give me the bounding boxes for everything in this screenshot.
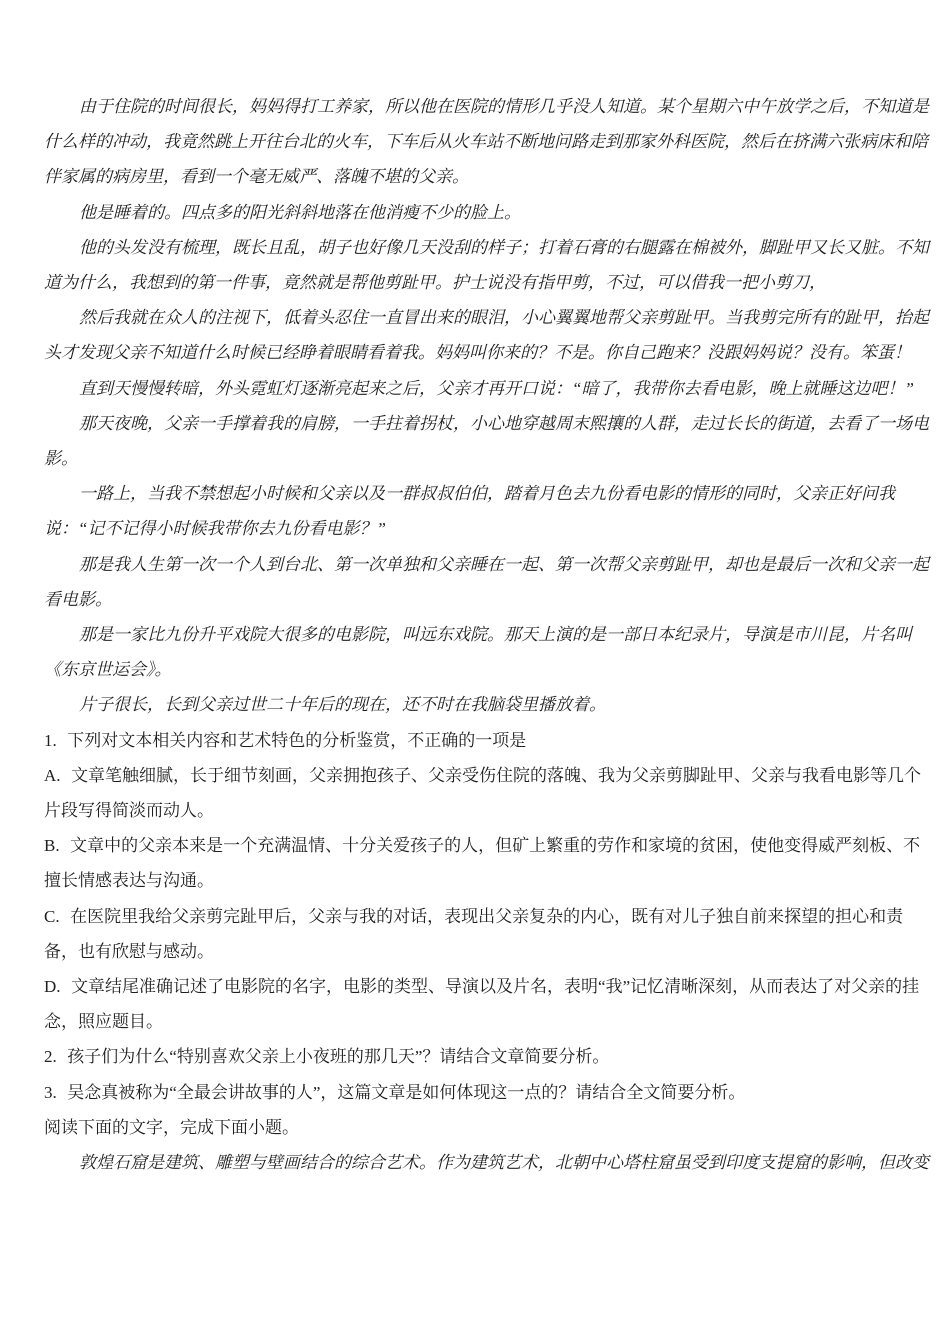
option-d-text: 文章结尾准确记述了电影院的名字，电影的类型、导演以及片名，表明“我”记忆清晰深刻… — [44, 977, 919, 1031]
question-1: 1.下列对文本相关内容和艺术特色的分析鉴赏，不正确的一项是 — [44, 723, 936, 758]
option-c-label: C. — [44, 907, 60, 926]
question-1-number: 1. — [44, 731, 57, 750]
question-2: 2.孩子们为什么“特别喜欢父亲上小夜班的那几天”？请结合文章简要分析。 — [44, 1039, 936, 1074]
passage-paragraph: 那是我人生第一次一个人到台北、第一次单独和父亲睡在一起、第一次帮父亲剪趾甲，却也… — [44, 547, 936, 617]
passage-paragraph: 一路上，当我不禁想起小时候和父亲以及一群叔叔伯伯，踏着月色去九份看电影的情形的同… — [44, 476, 936, 546]
option-d-label: D. — [44, 977, 61, 996]
question-1-option-d: D.文章结尾准确记述了电影院的名字，电影的类型、导演以及片名，表明“我”记忆清晰… — [44, 969, 936, 1039]
section2-opening-paragraph: 敦煌石窟是建筑、雕塑与壁画结合的综合艺术。作为建筑艺术，北朝中心塔柱窟虽受到印度… — [44, 1145, 936, 1180]
section2-instruction: 阅读下面的文字，完成下面小题。 — [44, 1110, 936, 1145]
passage-paragraph: 他是睡着的。四点多的阳光斜斜地落在他消瘦不少的脸上。 — [44, 195, 936, 230]
question-1-option-c: C.在医院里我给父亲剪完趾甲后，父亲与我的对话，表现出父亲复杂的内心，既有对儿子… — [44, 899, 936, 969]
option-a-label: A. — [44, 766, 61, 785]
passage-paragraph: 然后我就在众人的注视下，低着头忍住一直冒出来的眼泪，小心翼翼地帮父亲剪趾甲。当我… — [44, 300, 936, 370]
passage-paragraph: 由于住院的时间很长，妈妈得打工养家，所以他在医院的情形几乎没人知道。某个星期六中… — [44, 89, 936, 195]
question-2-number: 2. — [44, 1047, 57, 1066]
question-1-option-a: A.文章笔触细腻，长于细节刻画，父亲拥抱孩子、父亲受伤住院的落魄、我为父亲剪脚趾… — [44, 758, 936, 828]
option-b-label: B. — [44, 836, 60, 855]
passage-paragraph: 直到天慢慢转暗，外头霓虹灯逐渐亮起来之后，父亲才再开口说：“暗了，我带你去看电影… — [44, 371, 936, 406]
option-a-text: 文章笔触细腻，长于细节刻画，父亲拥抱孩子、父亲受伤住院的落魄、我为父亲剪脚趾甲、… — [44, 766, 921, 820]
question-2-text: 孩子们为什么“特别喜欢父亲上小夜班的那几天”？请结合文章简要分析。 — [67, 1047, 609, 1066]
passage-paragraph: 片子很长，长到父亲过世二十年后的现在，还不时在我脑袋里播放着。 — [44, 687, 936, 722]
question-3-number: 3. — [44, 1083, 57, 1102]
question-3-text: 吴念真被称为“全最会讲故事的人”，这篇文章是如何体现这一点的？请结合全文简要分析… — [67, 1083, 745, 1102]
option-b-text: 文章中的父亲本来是一个充满温情、十分关爱孩子的人，但矿上繁重的劳作和家境的贫困，… — [44, 836, 920, 890]
question-1-stem: 下列对文本相关内容和艺术特色的分析鉴赏，不正确的一项是 — [67, 731, 526, 750]
passage-paragraph: 那是一家比九份升平戏院大很多的电影院，叫远东戏院。那天上演的是一部日本纪录片，导… — [44, 617, 936, 687]
passage-paragraph: 他的头发没有梳理，既长且乱，胡子也好像几天没刮的样子；打着石膏的右腿露在棉被外，… — [44, 230, 936, 300]
question-3: 3.吴念真被称为“全最会讲故事的人”，这篇文章是如何体现这一点的？请结合全文简要… — [44, 1075, 936, 1110]
passage-paragraph: 那天夜晚，父亲一手撑着我的肩膀，一手拄着拐杖，小心地穿越周末熙攘的人群，走过长长… — [44, 406, 936, 476]
option-c-text: 在医院里我给父亲剪完趾甲后，父亲与我的对话，表现出父亲复杂的内心，既有对儿子独自… — [44, 907, 903, 961]
document-page: 由于住院的时间很长，妈妈得打工养家，所以他在医院的情形几乎没人知道。某个星期六中… — [0, 0, 950, 1344]
question-1-option-b: B.文章中的父亲本来是一个充满温情、十分关爱孩子的人，但矿上繁重的劳作和家境的贫… — [44, 828, 936, 898]
